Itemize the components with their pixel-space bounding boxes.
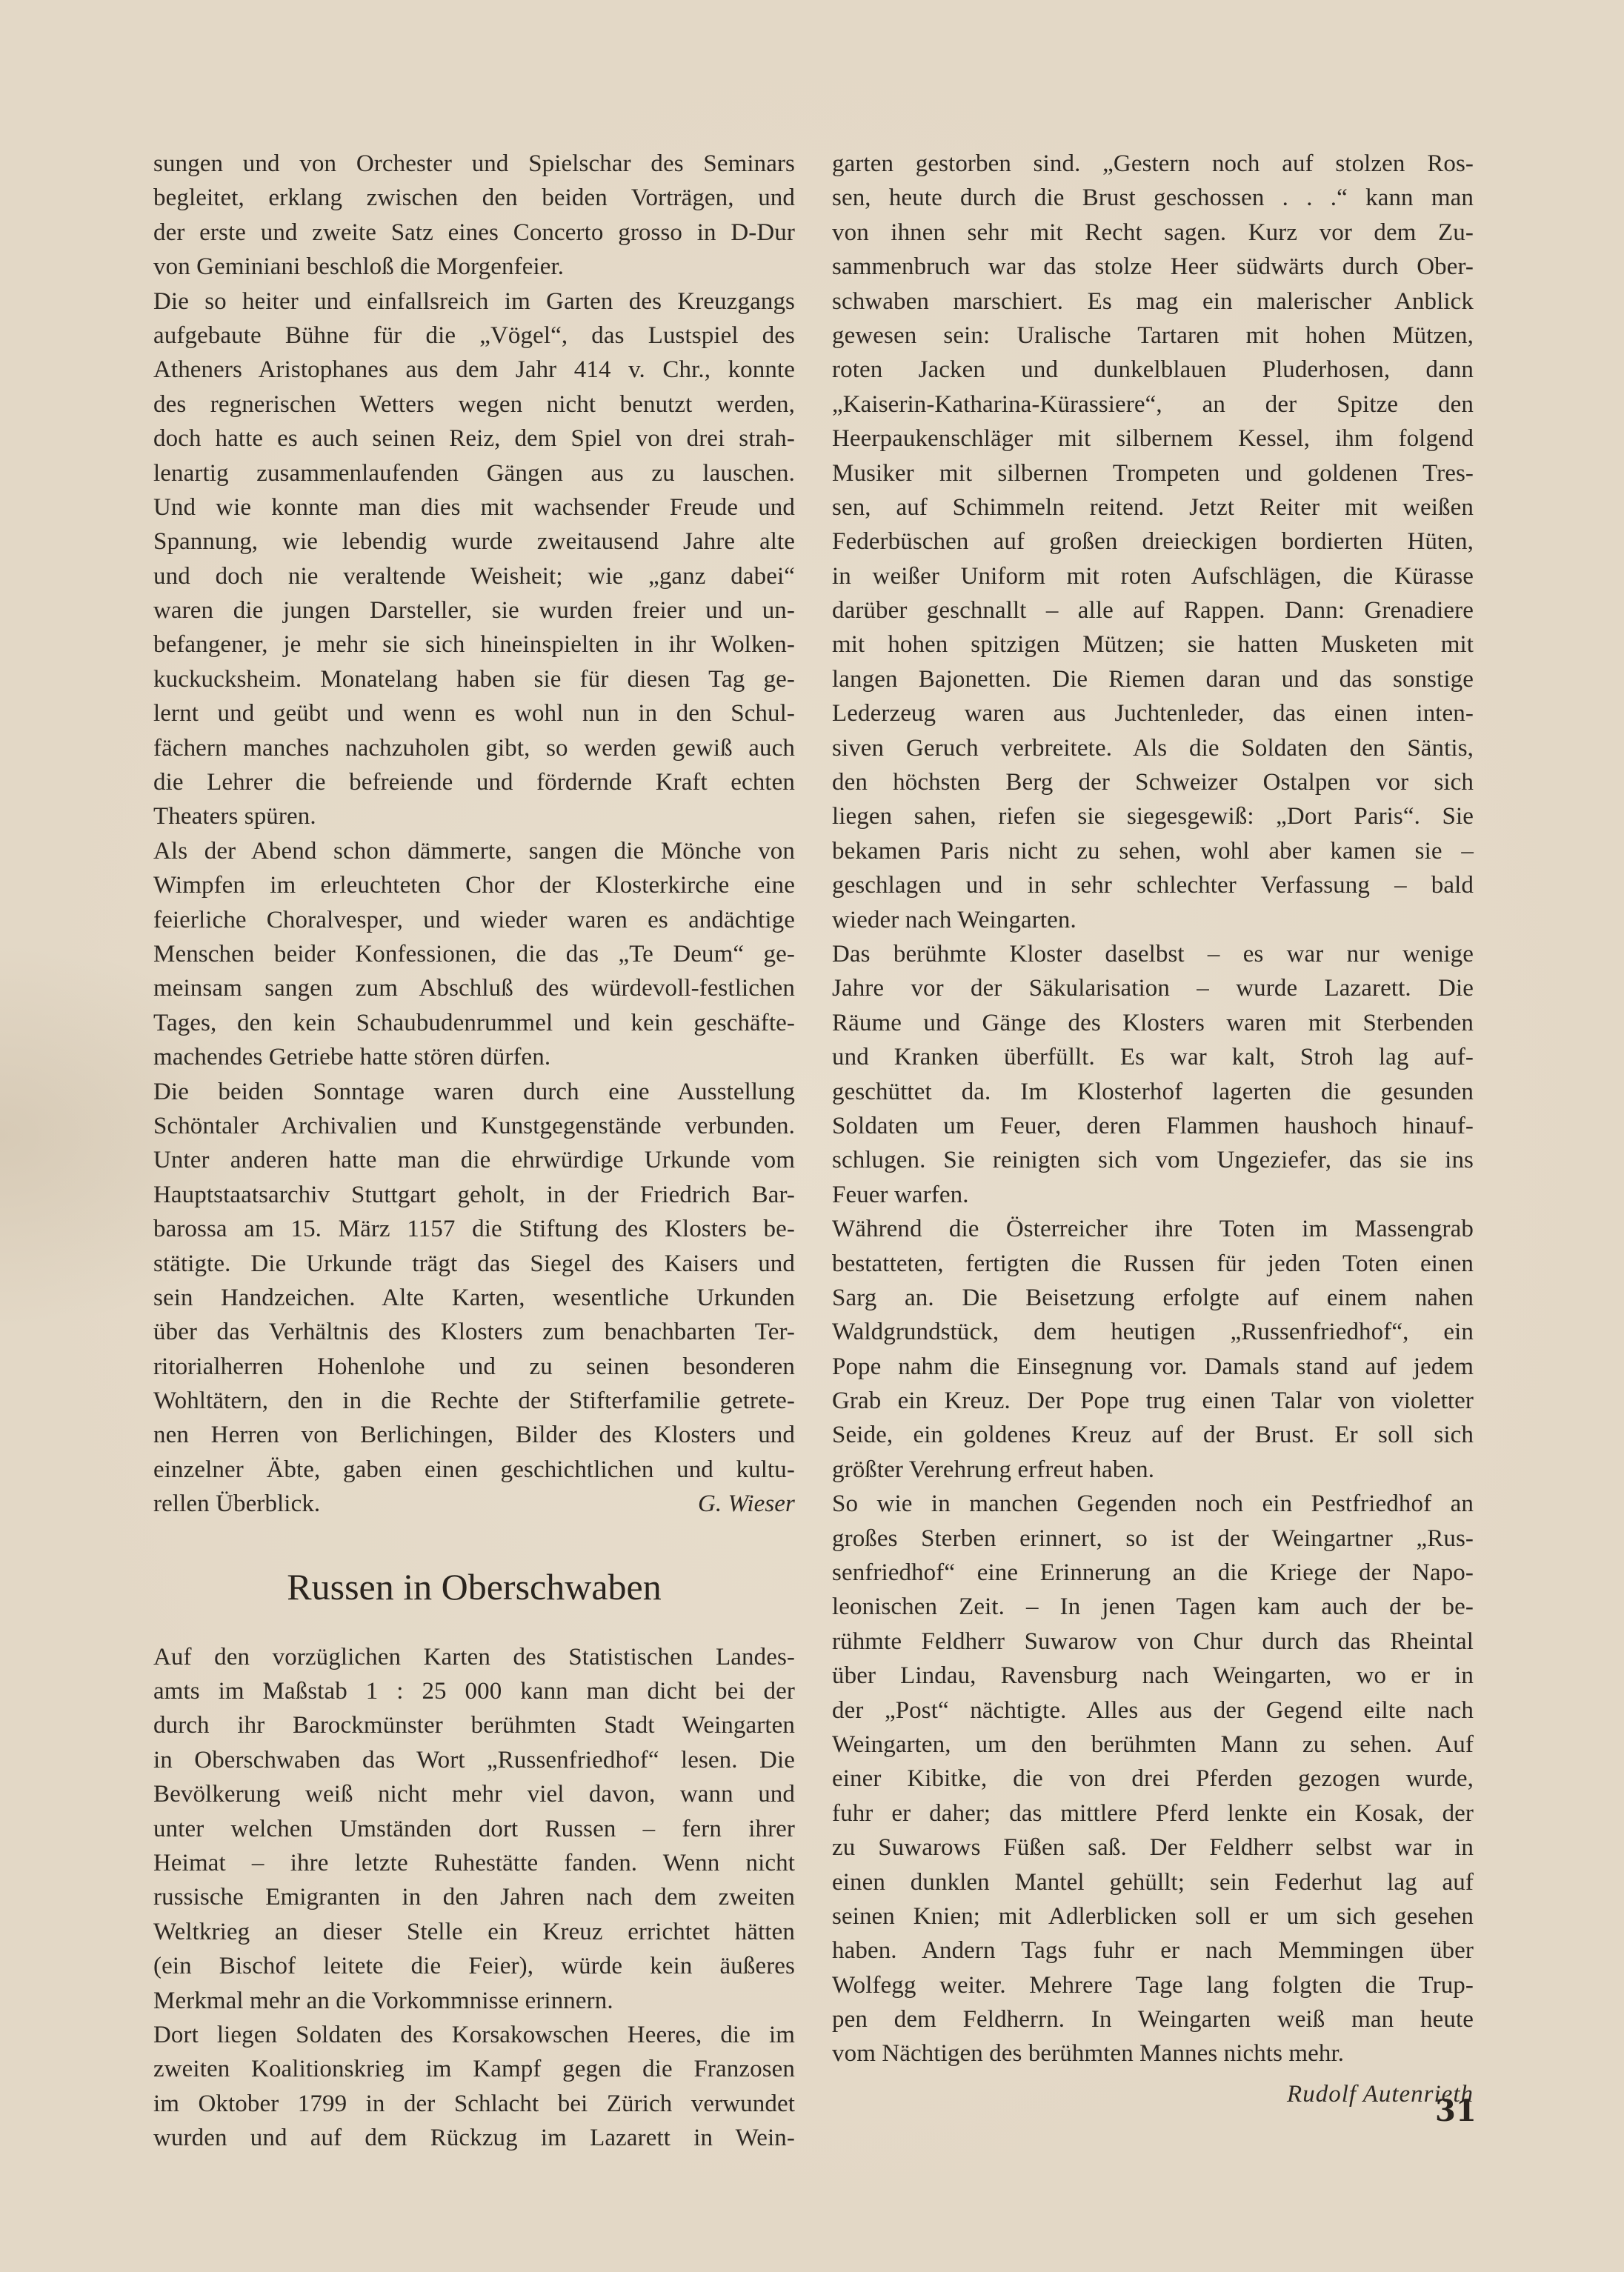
text-line: der erste und zweite Satz eines Concerto… [153,216,795,250]
text-line: Seide, ein goldenes Kreuz auf der Brust.… [832,1418,1474,1452]
text-line: kuckucksheim. Monatelang haben sie für d… [153,662,795,696]
text-line: Tages, den kein Schaubudenrummel und kei… [153,1006,795,1040]
text-line: pen dem Feldherrn. In Weingarten weiß ma… [832,2002,1474,2036]
text-line: von ihnen sehr mit Recht sagen. Kurz vor… [832,216,1474,250]
text-line: Theaters spüren. [153,799,795,833]
text-line: geschlagen und in sehr schlechter Verfas… [832,868,1474,902]
text-line: rellen Überblick. [153,1487,320,1521]
text-line: nen Herren von Berlichingen, Bilder des … [153,1418,795,1452]
text-line: befangener, je mehr sie sich hineinspiel… [153,627,795,662]
text-line: Hauptstaatsarchiv Stuttgart geholt, in d… [153,1178,795,1212]
text-line: Musiker mit silbernen Trompeten und gold… [832,456,1474,490]
text-line: Wohltätern, den in die Rechte der Stifte… [153,1384,795,1418]
text-line: Waldgrundstück, dem heutigen „Russenfrie… [832,1315,1474,1349]
text-line: ritorialherren Hohenlohe und zu seinen b… [153,1350,795,1384]
text-line: bekamen Paris nicht zu sehen, wohl aber … [832,834,1474,868]
text-line: seinen Knien; mit Adlerblicken soll er u… [832,1899,1474,1933]
text-line: Heerpaukenschläger mit silbernem Kessel,… [832,422,1474,456]
text-line: schwaben marschiert. Es mag ein malerisc… [832,284,1474,319]
right-column: garten gestorben sind. „Gestern noch auf… [832,147,1474,2111]
text-line: stätigte. Die Urkunde trägt das Siegel d… [153,1247,795,1281]
text-line: meinsam sangen zum Abschluß des würdevol… [153,971,795,1005]
text-line: wieder nach Weingarten. [832,903,1474,937]
text-line: machendes Getriebe hatte stören dürfen. [153,1040,795,1074]
text-line: aufgebaute Bühne für die „Vögel“, das Lu… [153,319,795,353]
russen-article-body: Auf den vorzüglichen Karten des Statisti… [153,1640,795,2156]
text-line: Schöntaler Archivalien und Kunstgegenstä… [153,1109,795,1143]
text-line: Weltkrieg an dieser Stelle ein Kreuz err… [153,1915,795,1949]
text-line: liegen sahen, riefen sie siegesgewiß: „D… [832,799,1474,833]
text-line: Federbüschen auf großen dreieckigen bord… [832,524,1474,559]
text-line: in Oberschwaben das Wort „Russenfriedhof… [153,1743,795,1777]
text-line: Dort liegen Soldaten des Korsakowschen H… [153,2018,795,2052]
text-line: Und wie konnte man dies mit wachsender F… [153,490,795,524]
text-line: doch hatte es auch seinen Reiz, dem Spie… [153,422,795,456]
text-line: zweiten Koalitionskrieg im Kampf gegen d… [153,2052,795,2086]
text-line: Atheners Aristophanes aus dem Jahr 414 v… [153,353,795,387]
text-line: begleitet, erklang zwischen den beiden V… [153,181,795,215]
text-line: darüber geschnallt – alle auf Rappen. Da… [832,593,1474,627]
text-line: die Lehrer die befreiende und fördernde … [153,765,795,799]
left-column: sungen und von Orchester und Spielschar … [153,147,795,2155]
text-line: barossa am 15. März 1157 die Stiftung de… [153,1212,795,1246]
text-line: roten Jacken und dunkelblauen Pluderhose… [832,353,1474,387]
text-line: Lederzeug waren aus Juchtenleder, das ei… [832,696,1474,730]
page-number: 31 [1435,2093,1477,2128]
text-line: sammenbruch war das stolze Heer südwärts… [832,250,1474,284]
text-line: Während die Österreicher ihre Toten im M… [832,1212,1474,1246]
text-line: und doch nie veraltende Weisheit; wie „g… [153,559,795,593]
text-line: im Oktober 1799 in der Schlacht bei Züri… [153,2087,795,2121]
text-line: einer Kibitke, die von drei Pferden gezo… [832,1762,1474,1796]
document-page: sungen und von Orchester und Spielschar … [0,0,1624,2272]
text-line: wurden und auf dem Rückzug im Lazarett i… [153,2121,795,2155]
text-line: Wolfegg weiter. Mehrere Tage lang folgte… [832,1968,1474,2002]
text-line: vom Nächtigen des berühmten Mannes nicht… [832,2036,1474,2071]
text-line: des regnerischen Wetters wegen nicht ben… [153,387,795,422]
text-line: durch ihr Barockmünster berühmten Stadt … [153,1708,795,1742]
text-line: gewesen sein: Uralische Tartaren mit hoh… [832,319,1474,353]
text-line: einen dunklen Mantel gehüllt; sein Feder… [832,1865,1474,1899]
text-line: Als der Abend schon dämmerte, sangen die… [153,834,795,868]
author-signature: G. Wieser [698,1487,795,1521]
text-line: Feuer warfen. [832,1178,1474,1212]
text-line: Das berühmte Kloster daselbst – es war n… [832,937,1474,971]
text-line: geschüttet da. Im Klosterhof lagerten di… [832,1075,1474,1109]
text-line: siven Geruch verbreitete. Als die Soldat… [832,731,1474,765]
text-line: russische Emigranten in den Jahren nach … [153,1880,795,1914]
text-line: von Geminiani beschloß die Morgenfeier. [153,250,795,284]
text-line: Weingarten, um den berühmten Mann zu seh… [832,1728,1474,1762]
text-line: schlugen. Sie reinigten sich vom Ungezie… [832,1143,1474,1177]
text-line: in weißer Uniform mit roten Aufschlägen,… [832,559,1474,593]
text-line: einzelner Äbte, gaben einen geschichtlic… [153,1453,795,1487]
text-line: lernt und geübt und wenn es wohl nun in … [153,696,795,730]
text-line: haben. Andern Tags fuhr er nach Memminge… [832,1933,1474,1968]
text-line: Räume und Gänge des Klosters waren mit S… [832,1006,1474,1040]
text-line: Sarg an. Die Beisetzung erfolgte auf ein… [832,1281,1474,1315]
text-line: Die beiden Sonntage waren durch eine Aus… [153,1075,795,1109]
text-line: Merkmal mehr an die Vorkommnisse erinner… [153,1984,795,2018]
text-line: Spannung, wie lebendig wurde zweitausend… [153,524,795,559]
article-title: Russen in Oberschwaben [153,1565,795,1609]
text-line: Jahre vor der Säkularisation – wurde Laz… [832,971,1474,1005]
text-line: leonischen Zeit. – In jenen Tagen kam au… [832,1590,1474,1624]
text-line: Soldaten um Feuer, deren Flammen haushoc… [832,1109,1474,1143]
text-line: rühmte Feldherr Suwarow von Chur durch d… [832,1625,1474,1659]
text-line: sen, heute durch die Brust geschossen . … [832,181,1474,215]
text-line: den höchsten Berg der Schweizer Ostalpen… [832,765,1474,799]
text-line: So wie in manchen Gegenden noch ein Pest… [832,1487,1474,1521]
text-line: Wimpfen im erleuchteten Chor der Kloster… [153,868,795,902]
text-line: Heimat – ihre letzte Ruhestätte fanden. … [153,1846,795,1880]
closing-line-with-author: rellen Überblick. G. Wieser [153,1487,795,1521]
text-line: amts im Maßstab 1 : 25 000 kann man dich… [153,1674,795,1708]
text-line: Pope nahm die Einsegnung vor. Damals sta… [832,1350,1474,1384]
author-signature: Rudolf Autenrieth [832,2077,1474,2111]
text-line: zu Suwarows Füßen saß. Der Feldherr selb… [832,1830,1474,1865]
text-line: großes Sterben erinnert, so ist der Wein… [832,1522,1474,1556]
text-line: sungen und von Orchester und Spielschar … [153,147,795,181]
text-line: „Kaiserin-Katharina-Kürassiere“, an der … [832,387,1474,422]
text-line: fächern manches nachzuholen gibt, so wer… [153,731,795,765]
text-line: sen, auf Schimmeln reitend. Jetzt Reiter… [832,490,1474,524]
text-line: der „Post“ nächtigte. Alles aus der Gege… [832,1693,1474,1728]
text-line: waren die jungen Darsteller, sie wurden … [153,593,795,627]
text-line: (ein Bischof leitete die Feier), würde k… [153,1949,795,1983]
text-line: mit hohen spitzigen Mützen; sie hatten M… [832,627,1474,662]
text-line: unter welchen Umständen dort Russen – fe… [153,1812,795,1846]
text-line: senfriedhof“ eine Erinnerung an die Krie… [832,1556,1474,1590]
text-line: garten gestorben sind. „Gestern noch auf… [832,147,1474,181]
text-line: über Lindau, Ravensburg nach Weingarten,… [832,1659,1474,1693]
text-line: bestatteten, fertigten die Russen für je… [832,1247,1474,1281]
text-line: sein Handzeichen. Alte Karten, wesentlic… [153,1281,795,1315]
text-line: langen Bajonetten. Die Riemen daran und … [832,662,1474,696]
text-line: Die so heiter und einfallsreich im Garte… [153,284,795,319]
text-line: Unter anderen hatte man die ehrwürdige U… [153,1143,795,1177]
text-line: Auf den vorzüglichen Karten des Statisti… [153,1640,795,1674]
intro-article-continuation: sungen und von Orchester und Spielschar … [153,147,795,1522]
text-line: feierliche Choralvesper, und wieder ware… [153,903,795,937]
text-line: lenartig zusammenlaufenden Gängen aus zu… [153,456,795,490]
text-line: fuhr er daher; das mittlere Pferd lenkte… [832,1796,1474,1830]
text-line: über das Verhältnis des Klosters zum ben… [153,1315,795,1349]
text-line: Bevölkerung weiß nicht mehr viel davon, … [153,1777,795,1811]
text-line: und Kranken überfüllt. Es war kalt, Stro… [832,1040,1474,1074]
text-line: größter Verehrung erfreut haben. [832,1453,1474,1487]
text-line: Menschen beider Konfessionen, die das „T… [153,937,795,971]
text-line: Grab ein Kreuz. Der Pope trug einen Tala… [832,1384,1474,1418]
